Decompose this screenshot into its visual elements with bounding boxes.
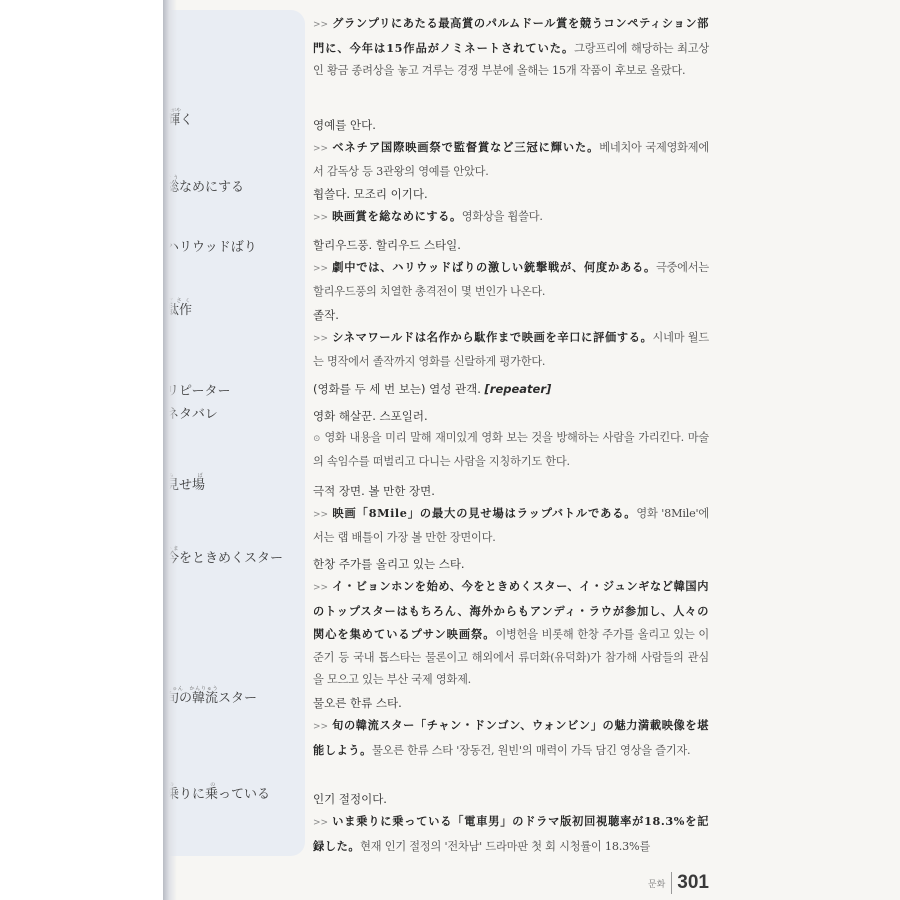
headword: 総そうなめにする [166, 175, 244, 195]
example-marker: >> [313, 264, 328, 274]
dictionary-entry: 극적 장면. 볼 만한 장면. >>映画「8Mile」の最大の見せ場はラップバト… [313, 480, 709, 549]
headword-kana: ハリウッドばり [166, 240, 257, 255]
note-sentence: ⊙영화 내용을 미리 말해 재미있게 영화 보는 것을 방해하는 사람을 가리킨… [313, 427, 709, 473]
dictionary-entry: 영예를 안다. >>ベネチア国際映画祭で監督賞など三冠に輝いた。베네치아 국제영… [313, 114, 709, 183]
example-marker: >> [313, 510, 328, 520]
dictionary-entry: 영화 해살꾼. 스포일러. ⊙영화 내용을 미리 말해 재미있게 영화 보는 것… [313, 405, 709, 473]
meaning: 극적 장면. 볼 만한 장면. [313, 480, 709, 502]
headword-kana: をときめくスター [179, 551, 283, 566]
example-korean: 영화상을 휩쓸다. [462, 210, 543, 223]
headword-kana: スター [218, 691, 257, 706]
page-number: 301 [677, 872, 709, 894]
dictionary-entry: 졸작. >>シネマワールドは名作から駄作まで映画を辛口に評価する。시네마 월드는… [313, 304, 709, 373]
meaning: 졸작. [313, 304, 709, 326]
example-japanese: 映画賞を総なめにする。 [332, 209, 462, 223]
headword-kana: なめにする [179, 180, 244, 195]
example-korean: 물오른 한류 스타 '장동건, 원빈'의 매력이 가득 담긴 영상을 즐기자. [372, 744, 690, 757]
headword: 今いまをときめくスター [166, 546, 283, 566]
meaning: (영화를 두 세 번 보는) 열성 관객. [repeater] [313, 378, 709, 400]
example-marker: >> [313, 144, 328, 154]
dictionary-entry: 한창 주가를 올리고 있는 스타. >>イ・ビョンホンを始め、今をときめくスター… [313, 553, 709, 692]
example-marker: >> [313, 334, 328, 344]
example-japanese: 劇中では、ハリウッドばりの激しい銃撃戦が、何度かある。 [332, 260, 656, 274]
note-marker: ⊙ [313, 434, 321, 444]
note-korean: 영화 내용을 미리 말해 재미있게 영화 보는 것을 방해하는 사람을 가리킨다… [313, 431, 709, 468]
dictionary-entry: 휩쓸다. 모조리 이기다. >>映画賞を総なめにする。영화상을 휩쓸다. [313, 183, 709, 230]
example-korean: 현재 인기 절정의 '전차남' 드라마판 첫 회 시청률이 18.3%를 [360, 840, 650, 853]
dictionary-entry: 인기 절정이다. >>いま乗りに乗っている「電車男」のドラマ版初回視聴率が18.… [313, 788, 709, 858]
meaning-korean: (영화를 두 세 번 보는) 열성 관객. [313, 382, 481, 396]
example-marker: >> [313, 583, 328, 593]
headword: 旬の韓流しゅん かんりゅうスター [166, 686, 257, 706]
headword: ハリウッドばり [166, 236, 257, 255]
book-gutter-shadow [163, 0, 177, 900]
meaning: 할리우드풍. 할리우드 스타일. [313, 234, 709, 256]
meaning: 영화 해살꾼. 스포일러. [313, 405, 709, 427]
example-japanese: 映画「8Mile」の最大の見せ場はラップバトルである。 [332, 506, 636, 520]
example-sentence: >>イ・ビョンホンを始め、今をときめくスター、イ・ジュンギなど韓国内のトップスタ… [313, 575, 709, 692]
example-sentence: >>映画賞を総なめにする。영화상을 휩쓸다. [313, 205, 709, 230]
headword-sidebar [163, 10, 305, 856]
page-footer: 문화 301 [648, 872, 709, 894]
dictionary-entry-intro: >>グランプリにあたる最高賞のパルムドール賞を競うコンペティション部門に、今年は… [313, 12, 709, 83]
dictionary-entry: (영화를 두 세 번 보는) 열성 관객. [repeater] [313, 378, 709, 400]
example-sentence: >>グランプリにあたる最高賞のパルムドール賞を競うコンペティション部門に、今年は… [313, 12, 709, 83]
example-sentence: >>映画「8Mile」の最大の見せ場はラップバトルである。영화 '8Mile'에… [313, 502, 709, 549]
footer-divider [671, 872, 672, 894]
example-sentence: >>ベネチア国際映画祭で監督賞など三冠に輝いた。베네치아 국제영화제에서 감독상… [313, 136, 709, 183]
example-sentence: >>シネマワールドは名作から駄作まで映画を辛口に評価する。시네마 월드는 명작에… [313, 326, 709, 373]
example-marker: >> [313, 722, 328, 732]
meaning: 한창 주가를 올리고 있는 스타. [313, 553, 709, 575]
meaning-english: [repeater] [485, 382, 552, 396]
headword-kana: っている [218, 787, 270, 802]
meaning: 인기 절정이다. [313, 788, 709, 810]
meaning: 영예를 안다. [313, 114, 709, 136]
dictionary-entry: 할리우드풍. 할리우드 스타일. >>劇中では、ハリウッドばりの激しい銃撃戦が、… [313, 234, 709, 303]
example-marker: >> [313, 213, 328, 223]
meaning: 물오른 한류 스타. [313, 692, 709, 714]
headword-kana: く [180, 113, 193, 128]
example-sentence: >>劇中では、ハリウッドばりの激しい銃撃戦が、何度かある。극중에서는 할리우드풍… [313, 256, 709, 303]
headword: 乗りに乗の のっている [166, 782, 270, 802]
meaning: 휩쓸다. 모조리 이기다. [313, 183, 709, 205]
example-japanese: シネマワールドは名作から駄作まで映画を辛口に評価する。 [332, 330, 652, 344]
dictionary-entry: 물오른 한류 스타. >>旬の韓流スター「チャン・ドンゴン、ウォンビン」の魅力満… [313, 692, 709, 762]
example-sentence: >>旬の韓流スター「チャン・ドンゴン、ウォンビン」の魅力満載映像を堪能しよう。물… [313, 714, 709, 762]
example-japanese: ベネチア国際映画祭で監督賞など三冠に輝いた。 [332, 140, 599, 154]
example-marker: >> [313, 20, 328, 30]
section-label: 문화 [648, 877, 665, 890]
example-marker: >> [313, 818, 328, 828]
example-sentence: >>いま乗りに乗っている「電車男」のドラマ版初回視聴率が18.3%を記録した。현… [313, 810, 709, 858]
